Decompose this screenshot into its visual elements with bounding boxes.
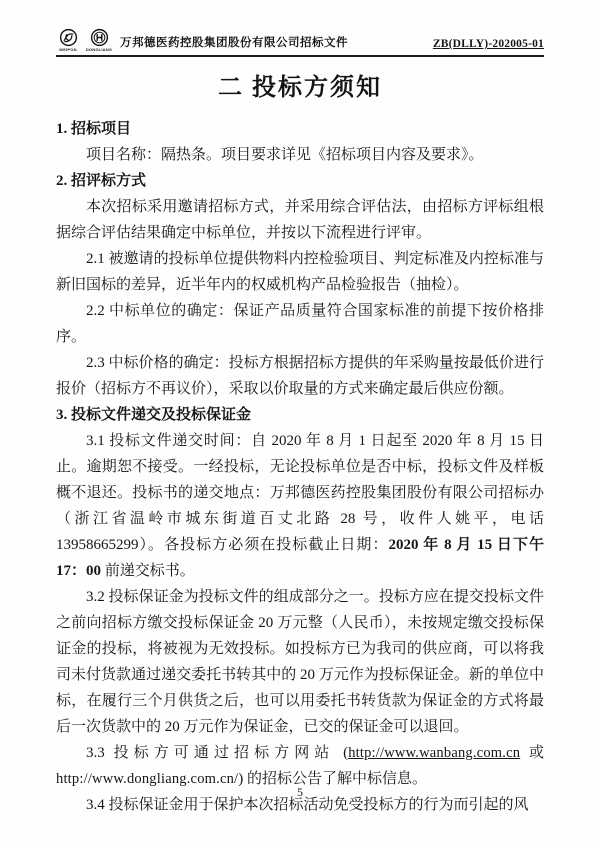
- logo-group: WEIPON DONGLIANG: [56, 28, 111, 52]
- page-number: 5: [297, 785, 303, 799]
- weipon-logo-caption: WEIPON: [59, 47, 76, 52]
- paragraph: 本次招标采用邀请招标方式，并采用综合评估法，由招标方评标组根据综合评估结果确定中…: [56, 194, 544, 246]
- dongliang-logo-caption: DONGLIANG: [86, 47, 112, 52]
- text-run: 3.3 投标方可通过招标方网站 (: [86, 745, 348, 761]
- h-emblem-logo-icon: [90, 28, 109, 47]
- document-body: 1. 招标项目项目名称：隔热条。项目要求详见《招标项目内容及要求》。2. 招评标…: [56, 116, 544, 818]
- dongliang-logo: DONGLIANG: [87, 28, 111, 52]
- text-run: 2.1 被邀请的投标单位提供物料内控检验项目、判定标准及内控标准与新旧国标的差异…: [56, 251, 544, 293]
- text-run: 本次招标采用邀请招标方式，并采用综合评估法，由招标方评标组根据综合评估结果确定中…: [56, 199, 544, 241]
- page-title: 二 投标方须知: [56, 67, 544, 102]
- paragraph: 2.1 被邀请的投标单位提供物料内控检验项目、判定标准及内控标准与新旧国标的差异…: [56, 246, 544, 298]
- text-run: 或: [520, 745, 544, 761]
- section-heading: 3. 投标文件递交及投标保证金: [56, 402, 544, 428]
- header-company-doc-title: 万邦德医药控股集团股份有限公司招标文件: [120, 34, 348, 52]
- document-number: ZB(DLLY)-202005-01: [433, 38, 544, 52]
- text-run: 前递交标书。: [101, 563, 195, 579]
- text-run: 2.3 中标价格的确定：投标方根据招标方提供的年采购量按最低价进行报价（招标方不…: [56, 355, 544, 397]
- text-run: 2. 招评标方式: [56, 173, 146, 189]
- text-run: 2.2 中标单位的确定：保证产品质量符合国家标准的前提下按价格排序。: [56, 303, 544, 345]
- text-run: 项目名称：隔热条。项目要求详见《招标项目内容及要求》。: [86, 147, 484, 163]
- paragraph: 3.2 投标保证金为投标文件的组成部分之一。投标方应在提交投标文件之前向招标方缴…: [56, 584, 544, 740]
- paragraph: 2.3 中标价格的确定：投标方根据招标方提供的年采购量按最低价进行报价（招标方不…: [56, 350, 544, 402]
- section-heading: 1. 招标项目: [56, 116, 544, 142]
- swirl-logo-icon: [59, 28, 78, 47]
- section-heading: 2. 招评标方式: [56, 168, 544, 194]
- paragraph: 项目名称：隔热条。项目要求详见《招标项目内容及要求》。: [56, 142, 544, 168]
- url-text: http://www.wanbang.com.cn: [348, 745, 520, 761]
- text-run: 3.1 投标文件递交时间：自 2020 年 8 月 1 日起至 2020 年 8…: [56, 433, 544, 553]
- paragraph: 2.2 中标单位的确定：保证产品质量符合国家标准的前提下按价格排序。: [56, 298, 544, 350]
- document-page: WEIPON DONGLIANG 万邦德医药控股集团股份有限公司招标文件 ZB(…: [0, 0, 600, 844]
- text-run: 1. 招标项目: [56, 121, 131, 137]
- paragraph: 3.1 投标文件递交时间：自 2020 年 8 月 1 日起至 2020 年 8…: [56, 428, 544, 584]
- text-run: 3.2 投标保证金为投标文件的组成部分之一。投标方应在提交投标文件之前向招标方缴…: [56, 589, 544, 735]
- text-run: 3. 投标文件递交及投标保证金: [56, 407, 251, 423]
- weipon-logo: WEIPON: [56, 28, 80, 52]
- page-footer: 5: [0, 785, 600, 800]
- page-header: WEIPON DONGLIANG 万邦德医药控股集团股份有限公司招标文件 ZB(…: [56, 28, 544, 57]
